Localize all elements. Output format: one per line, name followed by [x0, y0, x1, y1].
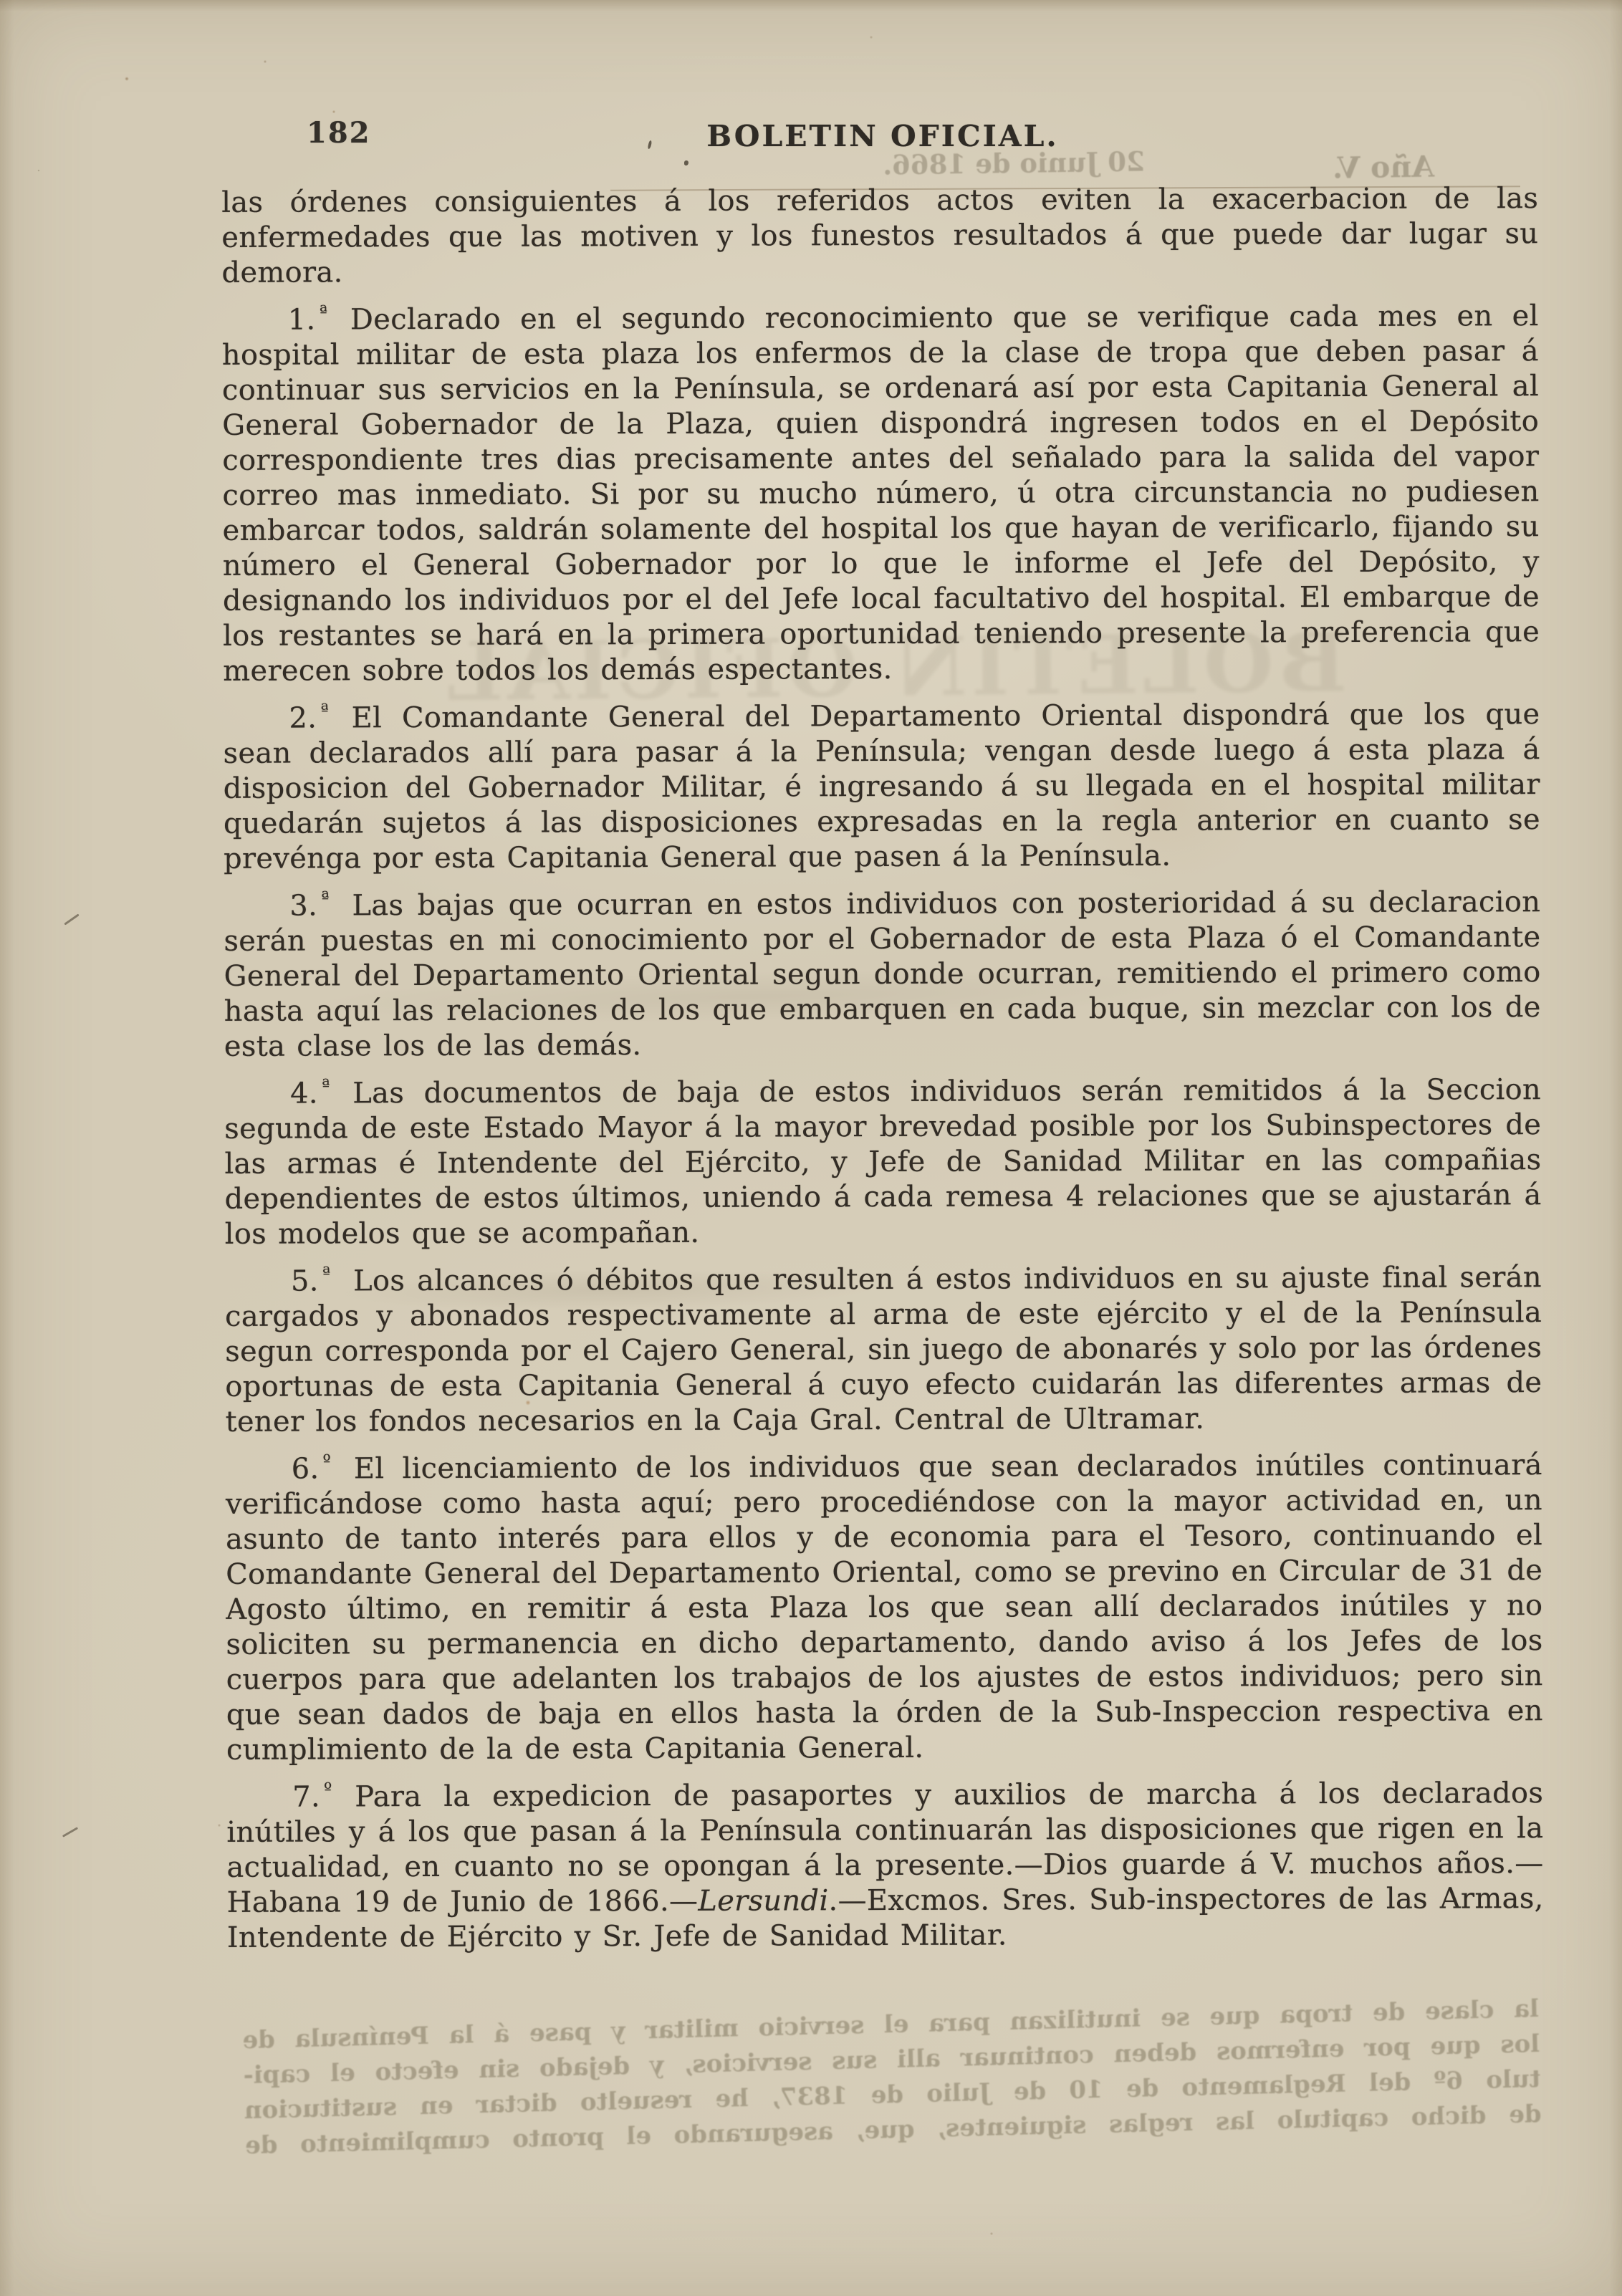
bleedthrough-line: tulo 6º del Reglamento de 10 de Julio de…	[244, 2062, 1541, 2128]
item-text: Las bajas que ocurran en estos individuo…	[224, 885, 1540, 1063]
bleedthrough-bottom-block: la clase de tropa que se inutilizan para…	[242, 1992, 1542, 2163]
regulation-item-3: 3.ªLas bajas que ocurran en estos indivi…	[224, 877, 1541, 1065]
bleedthrough-line: de dicho capitulo las reglas siguientes,…	[244, 2097, 1542, 2163]
item-number: 4.ª	[290, 1077, 352, 1110]
ordinal-mark: ª	[321, 888, 329, 908]
item-text: Los alcances ó débitos que resulten á es…	[225, 1261, 1542, 1438]
regulation-item-2: 2.ªEl Comandante General del Departament…	[223, 689, 1540, 877]
signature-lersundi: Lersundi	[698, 1884, 828, 1918]
bleedthrough-header-year: Año V.	[1284, 150, 1435, 186]
ordinal-mark: ª	[320, 700, 328, 720]
bleedthrough-line: la clase de tropa que se inutilizan para…	[242, 1992, 1540, 2058]
ordinal-mark: ª	[319, 302, 327, 322]
item-number: 6.º	[292, 1452, 354, 1485]
margin-pen-tick	[64, 913, 79, 925]
regulation-item-7: 7.ºPara la expedicion de pasaportes y au…	[226, 1768, 1544, 1956]
item-text: Las documentos de baja de estos individu…	[224, 1073, 1541, 1251]
item-number: 1.ª	[288, 303, 350, 336]
regulation-item-1: 1.ªDeclarado en el segundo reconocimient…	[222, 291, 1540, 689]
regulation-item-4: 4.ªLas documentos de baja de estos indiv…	[224, 1065, 1542, 1252]
ordinal-mark: º	[324, 1779, 332, 1799]
item-text: El licenciamiento de los individuos que …	[226, 1449, 1543, 1767]
ordinal-mark: ª	[322, 1075, 330, 1095]
item-number: 3.ª	[289, 889, 352, 922]
regulation-item-5: 5.ªLos alcances ó débitos que resulten á…	[225, 1252, 1542, 1440]
margin-pen-tick	[62, 1827, 78, 1838]
bleedthrough-line: los que por enfermos deben continuar all…	[243, 2027, 1540, 2093]
item-number: 2.ª	[289, 701, 351, 734]
ink-fleck	[684, 160, 688, 165]
item-number: 7.º	[292, 1780, 355, 1813]
page-title: BOLETIN OFICIAL.	[224, 122, 1541, 151]
paragraph-continuation: las órdenes consiguientes á los referido…	[221, 181, 1538, 291]
ordinal-mark: ª	[322, 1263, 330, 1283]
document-body: las órdenes consiguientes á los referido…	[221, 181, 1544, 1960]
item-text: Declarado en el segundo reconocimiento q…	[222, 299, 1540, 688]
item-text: El Comandante General del Departamento O…	[224, 698, 1540, 875]
item-number: 5.ª	[291, 1264, 353, 1297]
ordinal-mark: º	[322, 1451, 330, 1471]
scanned-document-page: 20 Junio de 1866. Año V. BOLETIN OFICIAL…	[0, 0, 1622, 2296]
regulation-item-6: 6.ºEl licenciamiento de los individuos q…	[226, 1440, 1543, 1768]
